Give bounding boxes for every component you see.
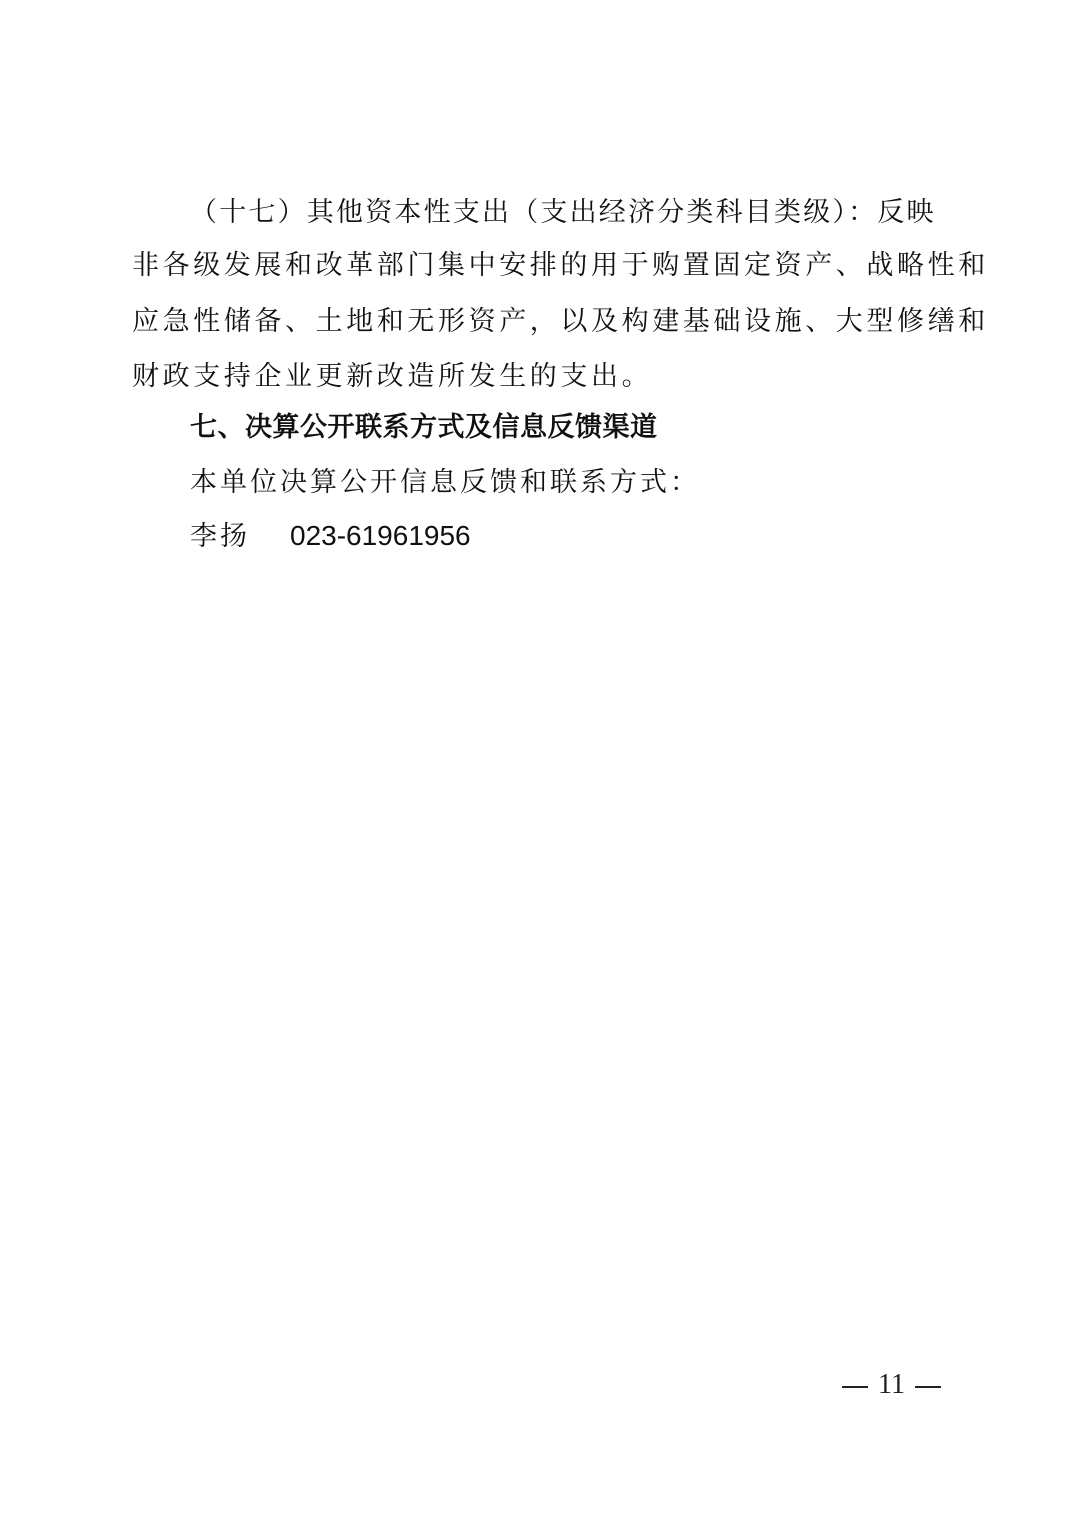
dash-left — [842, 1386, 868, 1388]
section-heading: 七、决算公开联系方式及信息反馈渠道 — [190, 408, 1002, 448]
paragraph-line-3: 应急性储备、土地和无形资产，以及构建基础设施、大型修缮和 — [132, 302, 944, 342]
page-number: 11 — [842, 1368, 941, 1402]
contact-phone: 023-61961956 — [290, 520, 471, 551]
contact-intro: 本单位决算公开信息反馈和联系方式： — [190, 463, 1002, 503]
paragraph-line-4: 财政支持企业更新改造所发生的支出。 — [132, 357, 944, 397]
dash-right — [915, 1386, 941, 1388]
page-number-value: 11 — [878, 1369, 905, 1400]
document-page: （十七）其他资本性支出（支出经济分类科目类级）：反映 非各级发展和改革部门集中安… — [0, 0, 1076, 1519]
paragraph-line-1: （十七）其他资本性支出（支出经济分类科目类级）：反映 — [190, 193, 944, 233]
paragraph-line-2: 非各级发展和改革部门集中安排的用于购置固定资产、战略性和 — [132, 246, 944, 286]
contact-line: 李扬023-61961956 — [190, 516, 1002, 557]
contact-name: 李扬 — [190, 521, 250, 552]
